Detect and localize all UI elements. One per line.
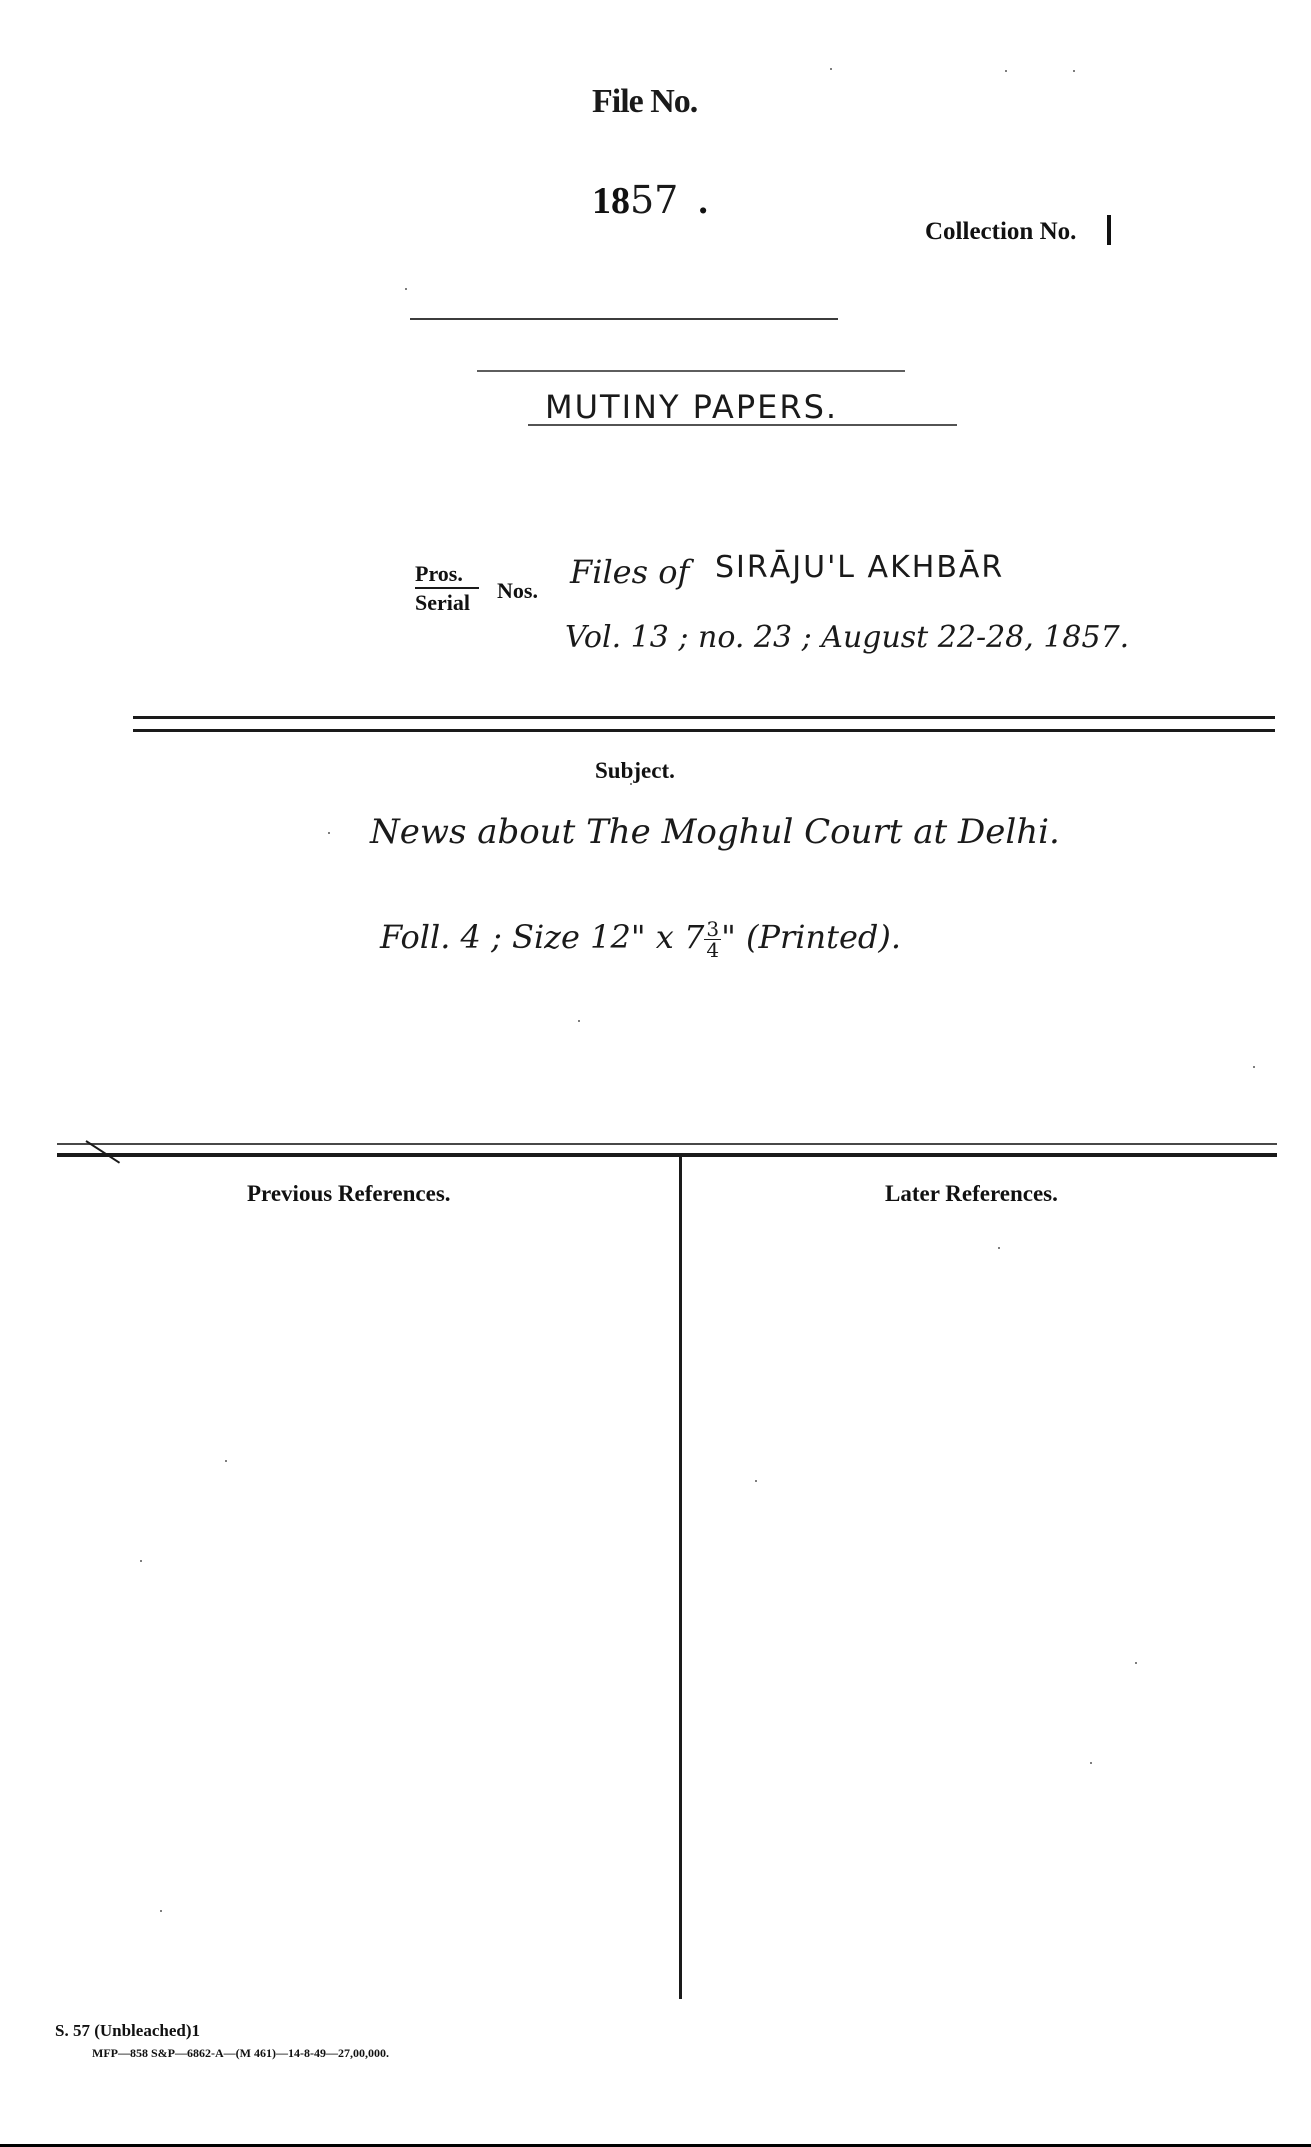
form-code: S. 57 (Unbleached)1: [55, 2021, 200, 2041]
subject-line-2-prefix: Foll. 4 ; Size 12" x 7: [380, 918, 704, 956]
scan-speck: [1090, 1762, 1092, 1764]
references-rule-bottom: [57, 1153, 1277, 1157]
year-handwritten: 57: [630, 178, 678, 222]
header-rule-1: [410, 318, 838, 320]
pros-line-1-script: Files of: [570, 553, 689, 591]
serial-label: Serial: [415, 590, 470, 616]
subject-rule-bottom: [133, 729, 1275, 732]
previous-references-heading: Previous References.: [247, 1181, 451, 1207]
pros-label: Pros.: [415, 561, 463, 587]
collection-no-value-mark: [1107, 215, 1111, 245]
scan-speck: [1005, 70, 1007, 72]
scan-speck: [160, 1910, 162, 1912]
scan-speck: [1135, 1662, 1137, 1664]
subject-line-2: Foll. 4 ; Size 12" x 734" (Printed).: [380, 918, 901, 960]
scan-speck: [140, 1560, 142, 1562]
scan-speck: [830, 68, 832, 70]
fraction-denominator: 4: [704, 940, 721, 960]
file-no-label: File No.: [592, 83, 697, 121]
title-underline: [528, 424, 957, 426]
header-rule-2: [477, 370, 905, 372]
pros-line-2: Vol. 13 ; no. 23 ; August 22-28, 1857.: [565, 620, 1129, 655]
scan-speck: [225, 1460, 227, 1462]
references-column-divider: [679, 1157, 682, 1999]
subject-line-2-suffix: " (Printed).: [721, 918, 901, 956]
pros-line-1-caps: Sirāju'l Akhbār: [715, 550, 1004, 585]
scan-speck: [328, 832, 330, 834]
subject-line-1: News about The Moghul Court at Delhi.: [370, 812, 1060, 852]
year-printed: 18: [592, 180, 630, 222]
scan-speck: [1073, 70, 1075, 72]
subject-rule-top: [133, 716, 1275, 719]
year-dot: .: [698, 180, 708, 222]
scan-speck: [630, 783, 632, 785]
nos-label: Nos.: [497, 578, 538, 604]
size-fraction: 34: [704, 919, 721, 960]
references-rule-top: [57, 1143, 1277, 1145]
collection-title: Mutiny Papers.: [545, 388, 838, 426]
fraction-numerator: 3: [704, 919, 721, 940]
year: 1857 .: [592, 178, 708, 223]
collection-no-label: Collection No.: [925, 218, 1076, 246]
print-line: MFP—858 S&P—6862-A—(M 461)—14-8-49—27,00…: [92, 2046, 389, 2061]
scan-speck: [755, 1480, 757, 1482]
scan-speck: [1253, 1066, 1255, 1068]
scan-speck: [998, 1247, 1000, 1249]
pros-serial-divider: [415, 587, 479, 589]
later-references-heading: Later References.: [885, 1181, 1058, 1207]
subject-label: Subject.: [595, 758, 675, 784]
scan-speck: [578, 1020, 580, 1022]
scan-speck: [405, 288, 407, 290]
